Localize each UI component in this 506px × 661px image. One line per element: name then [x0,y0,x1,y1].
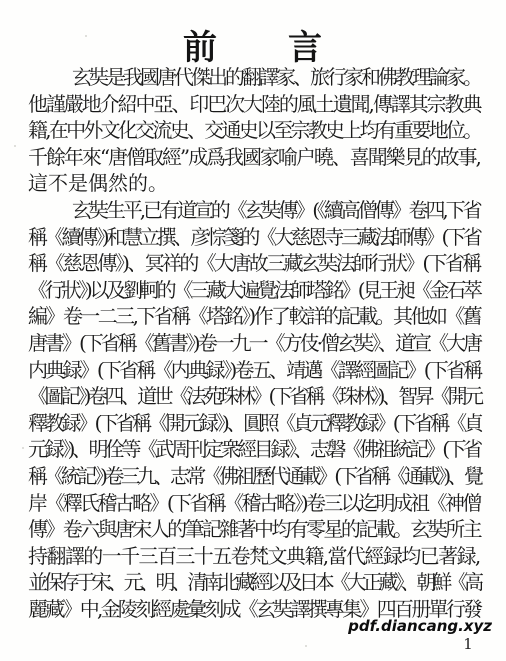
text-line: 《圖記》)卷四、道世《法苑珠林》(下省稱《珠林》)、智昇《開元 [28,383,480,410]
text-line: 稱《慈恩傳》)、冥祥的《大唐故三藏玄奘法師行狀》(下省稱 [28,250,480,277]
scan-speck [85,35,87,37]
text-line: 釋教録》(下省稱《開元録》)、圓照《貞元釋教録》(下省稱《貞 [28,410,480,437]
text-line: 《行狀》)以及劉軻的《三藏大遍覺法師塔銘》(見王昶《金石萃 [28,277,480,304]
text-line: 他謹嚴地介紹中亞、印巴次大陸的風土遺聞,傳譯其宗教典 [28,91,480,118]
text-line: 並保存于宋、元、明、清南北藏經以及日本《大正藏》、朝鮮《高 [28,569,480,596]
text-line: 稱《續傳》)和慧立撰、彦悰箋的《大慈恩寺三藏法師傳》(下省 [28,224,480,251]
page-title: 前 言 [0,20,506,69]
text-line: 元録》)、明佺等《武周刊定衆經目録》、志磐《佛祖統記》(下省 [28,436,480,463]
text-line: 千餘年來“唐僧取經”成爲我國家喻户曉、喜聞樂見的故事, [28,144,480,171]
page-number: 1 [458,635,478,653]
text-line: 稱《統記》)卷三九、志常《佛祖歷代通載》(下省稱《通載》)、覺 [28,463,480,490]
text-line: 傳》卷六與唐宋人的筆記雜著中均有零星的記載。玄奘所主 [28,516,480,543]
scan-speck [305,645,307,647]
text-line: 持翻譯的一千三百三十五卷梵文典籍,當代經録均已著録, [28,543,480,570]
text-line: 這不是偶然的。 [28,170,480,197]
text-line: 編》卷一二三,下省稱《塔銘》)作了較詳的記載。其他如《舊 [28,303,480,330]
text-line: 玄奘生平,已有道宣的《玄奘傳》(《續高僧傳》卷四,下省 [28,197,480,224]
scan-speck [22,447,24,449]
text-line: 唐書》(下省稱《舊書》)卷一九一《方伎·僧玄奘》、道宣《大唐 [28,330,480,357]
text-line: 岸《釋氏稽古略》(下省稱《稽古略》)卷三以迄明成祖《神僧 [28,490,480,517]
scan-speck [14,145,16,147]
preface-body-text: 玄奘是我國唐代傑出的翻譯家、旅行家和佛教理論家。他謹嚴地介紹中亞、印巴次大陸的風… [28,64,480,622]
scanned-book-page: 前 言 玄奘是我國唐代傑出的翻譯家、旅行家和佛教理論家。他謹嚴地介紹中亞、印巴次… [0,0,506,661]
text-line: 籍,在中外文化交流史、交通史以至宗教史上均有重要地位。 [28,117,480,144]
text-line: 内典録》(下省稱《内典録》)卷五、靖邁《譯經圖記》(下省稱 [28,357,480,384]
watermark-text: pdf.diancang.xyz [348,617,492,635]
text-line: 玄奘是我國唐代傑出的翻譯家、旅行家和佛教理論家。 [28,64,480,91]
